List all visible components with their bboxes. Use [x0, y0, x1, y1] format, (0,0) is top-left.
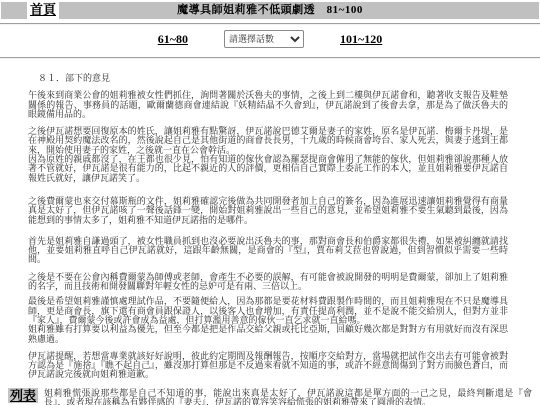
paragraph-1: 午後來到商業公會的姐莉雅被女性們抓住，詢問著關於沃魯夫的事情，之後上到二樓與伊瓦… [28, 91, 508, 119]
paragraph-4: 首先是姐莉雅自謙過頭了，被女性職員抓到也沒必要說出沃魯夫的事，那對商會長和伯爵家… [28, 237, 508, 265]
section-heading: ８１．部下的意見 [28, 74, 508, 83]
footer-row: 列表 姐莉雅慌張說那些都是自己不知道的事，能說出來真是太好了，伊瓦諾說這都是單方… [0, 388, 540, 405]
prev-range-link[interactable]: 61~80 [158, 32, 188, 47]
paragraph-3: 之後費爾蒙也來交付慕斯瓶的文件，姐莉雅確認完後做為共同開發者加上自己的簽名，因為… [28, 197, 508, 225]
page-title: 魔導具師姐莉雅不低頭劇透 81~100 [1, 2, 539, 19]
chapter-content: ８１．部下的意見 午後來到商業公會的姐莉雅被女性們抓住，詢問著關於沃魯夫的事情，… [0, 74, 540, 380]
paragraph-7: 伊瓦諾提醒，若想當專業就該好好說明，彼此約定期間及報酬報告，按順序交給對方，當場… [28, 352, 508, 380]
paragraph-2: 之後伊瓦諾想要回復原本的姓氏，讓姐莉雅有點驚訝，伊瓦諾說巴德艾爾是妻子的家姓，原… [28, 127, 508, 183]
next-range-link[interactable]: 101~120 [340, 32, 382, 47]
header-bar: 首頁 魔導具師姐莉雅不低頭劇透 81~100 [1, 2, 539, 19]
paragraph-6: 最後是希望姐莉雅謹慎處理試作品，不要隨便給人，因為那都是要花材料費跟製作時間的，… [28, 297, 508, 343]
list-link[interactable]: 列表 [8, 388, 38, 403]
page: 首頁 魔導具師姐莉雅不低頭劇透 81~100 61~80 請選擇話數 101~1… [0, 0, 540, 405]
home-link[interactable]: 首頁 [27, 2, 59, 19]
chapter-nav: 61~80 請選擇話數 101~120 [0, 25, 540, 53]
paragraph-last: 姐莉雅慌張說那些都是自己不知道的事，能說出來真是太好了，伊瓦諾說這都是單方面的一… [44, 389, 532, 405]
paragraph-5: 之後是不要在公會內稱費爾蒙為師傅或老師，會產生不必要的誤解，有可能會被說開發的明… [28, 273, 508, 292]
divider-bottom [0, 57, 540, 59]
episode-select[interactable]: 請選擇話數 [224, 30, 304, 48]
